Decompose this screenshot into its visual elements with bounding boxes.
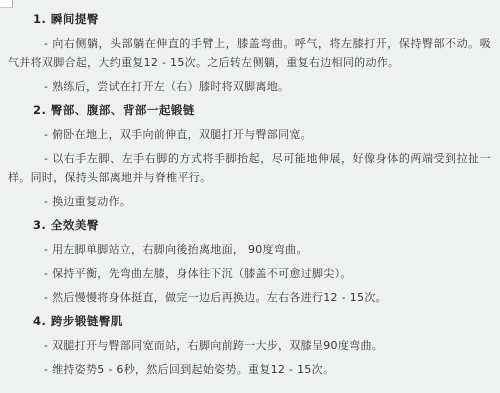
- corner-fragment: [0, 0, 13, 8]
- document-body: 1. 瞬间提臀 - 向右侧躺，头部躺在伸直的手臂上，膝盖弯曲。呼气，将左膝打开，…: [0, 10, 500, 384]
- section-4-paragraph: - 维持姿势5 - 6秒，然后回到起始姿势。重复12 - 15次。: [8, 360, 491, 379]
- section-2-paragraph: - 换边重复动作。: [8, 192, 491, 211]
- document-page: 1. 瞬间提臀 - 向右侧躺，头部躺在伸直的手臂上，膝盖弯曲。呼气，将左膝打开，…: [0, 0, 500, 393]
- section-3-paragraph: - 保持平衡，先弯曲左膝，身体往下沉（膝盖不可愈过脚尖）。: [8, 264, 491, 283]
- section-4-paragraph: - 双腿打开与臀部同宽而站，右脚向前跨一大步，双膝呈90度弯曲。: [8, 336, 491, 355]
- section-1-paragraph: - 向右侧躺，头部躺在伸直的手臂上，膝盖弯曲。呼气，将左膝打开，保持臀部不动。吸…: [8, 34, 491, 72]
- section-1-heading: 1. 瞬间提臀: [8, 10, 491, 29]
- section-2-heading: 2. 臀部、腹部、背部一起锻链: [8, 101, 491, 120]
- section-4-heading: 4. 跨步锻链臀肌: [8, 312, 491, 331]
- section-3-paragraph: - 用左脚单脚站立，右脚向後抬离地面， 90度弯曲。: [8, 240, 491, 259]
- section-3-paragraph: - 然后慢慢将身体挺直，做完一边后再换边。左右各进行12 - 15次。: [8, 288, 491, 307]
- section-1-paragraph: - 熟练后，尝试在打开左（右）膝时将双脚离地。: [8, 77, 491, 96]
- section-2-paragraph: - 俯卧在地上，双手向前伸直，双腿打开与臀部同宽。: [8, 125, 491, 144]
- section-2-paragraph: - 以右手左脚、左手右脚的方式将手脚抬起，尽可能地伸展，好像身体的两端受到拉扯一…: [8, 149, 491, 187]
- section-3-heading: 3. 全效美臀: [8, 216, 491, 235]
